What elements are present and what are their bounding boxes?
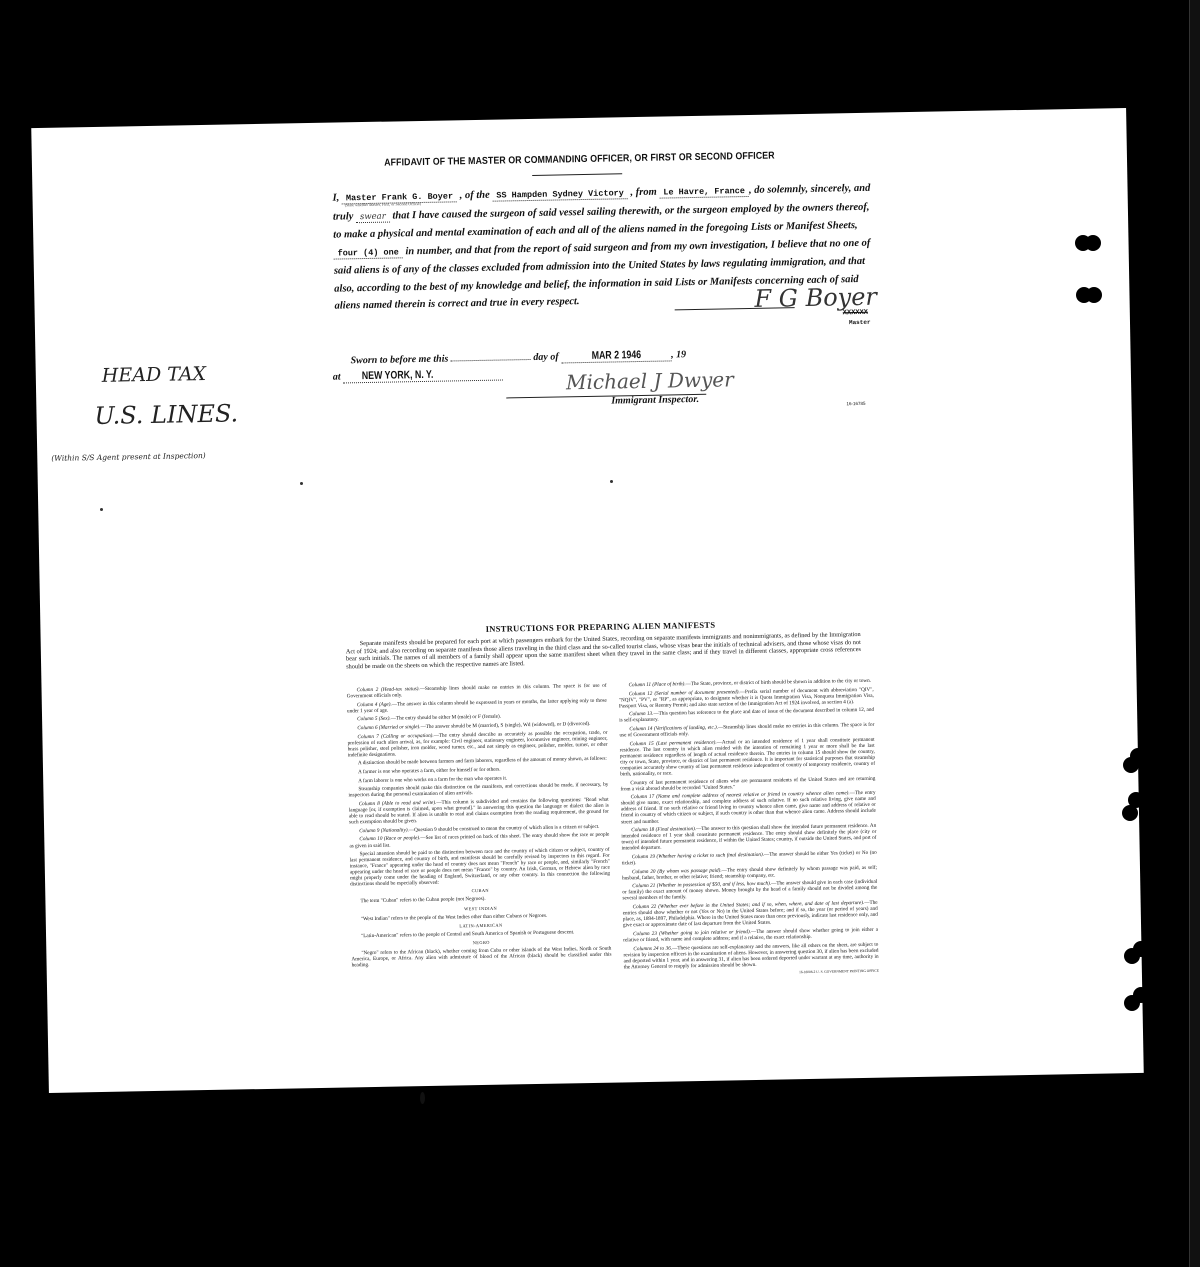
instruction-paragraph: Column 15 (Last permanent residence).—Ac… xyxy=(620,737,876,778)
instruction-paragraph: Column 17 (Name and complete address of … xyxy=(621,790,877,825)
day-blank xyxy=(451,359,531,361)
instruction-paragraph: Column 2 (Head-tax status).—Steamship li… xyxy=(347,683,607,700)
ink-blot xyxy=(420,1092,425,1104)
punch-hole xyxy=(1130,748,1146,764)
of-the-label: , of the xyxy=(460,190,490,202)
instruction-paragraph: Column 21 (Whether in possession of $50,… xyxy=(622,879,877,902)
film-edge xyxy=(1189,0,1200,1267)
inspector-signature: Michael J Dwyer xyxy=(566,367,734,394)
instruction-paragraph: Column 14 (Verifications of landing, etc… xyxy=(619,722,874,739)
instruction-paragraph: Column 7 (Calling or occupation).—The en… xyxy=(347,729,607,758)
instruction-paragraph: Column 19 (Whether having a ticket to su… xyxy=(622,850,877,867)
title-rule xyxy=(532,173,622,176)
punch-hole xyxy=(1133,941,1149,957)
instruction-paragraph: Column 8 (Able to read and write).—This … xyxy=(349,797,609,826)
note-head-tax: HEAD TAX xyxy=(102,363,207,387)
instructions-right-column: Column 11 (Place of birth).—The State, p… xyxy=(619,678,879,982)
instructions-intro: Separate manifests should be prepared fo… xyxy=(346,631,861,671)
instruction-paragraph: Column 18 (Final destination).—The answe… xyxy=(621,823,876,852)
at-label: at xyxy=(333,371,341,382)
sworn-place-line: at NEW YORK, N. Y. xyxy=(333,368,503,384)
punch-hole xyxy=(1086,287,1102,303)
sheet-count-field: four (4) one xyxy=(333,247,402,259)
do-label: , do xyxy=(749,185,765,196)
punch-hole xyxy=(1133,987,1149,1003)
printing-office-footer: 16-18008-2 U. S. GOVERNMENT PRINTING OFF… xyxy=(624,968,879,979)
sworn-date-field: MAR 2 1946 xyxy=(561,348,671,363)
oath-word-field: swear xyxy=(356,211,390,223)
date-stamp: MAR 2 1946 xyxy=(591,349,641,362)
instruction-paragraph: Column 4 (Age).—The answer in this colum… xyxy=(347,697,607,714)
sworn-line: Sworn to before me this day of MAR 2 194… xyxy=(350,348,686,367)
departure-port-field: Le Havre, France xyxy=(659,186,749,199)
sworn-place-field: NEW YORK, N. Y. xyxy=(343,368,503,384)
instruction-paragraph: Columns 24 to 36.—These questions are se… xyxy=(623,941,878,970)
form-number: 16-16785 xyxy=(846,401,865,406)
speck xyxy=(610,480,613,483)
year-prefix: , 19 xyxy=(671,349,686,360)
instruction-paragraph: Column 22 (Whether ever before in the Un… xyxy=(623,900,878,929)
instruction-paragraph: Special attention should be paid to the … xyxy=(350,847,611,888)
instruction-paragraph: Steamship companies should make this dis… xyxy=(348,782,608,799)
vessel-name-field: SS Hampden Sydney Victory xyxy=(492,188,628,201)
instruction-paragraph: Column 23 (Whether going to join relativ… xyxy=(623,927,878,944)
from-label: , from xyxy=(630,187,656,198)
speck xyxy=(300,482,303,485)
manifest-page: AFFIDAVIT OF THE MASTER OR COMMANDING OF… xyxy=(31,108,1143,1093)
sworn-label: Sworn to before me this xyxy=(350,354,448,367)
punch-hole xyxy=(1128,792,1144,808)
note-agent-present: (Within S/S Agent present at Inspection) xyxy=(51,451,206,463)
definition-text: "Negro" refers to the African (black), w… xyxy=(351,945,611,968)
note-us-lines: U.S. LINES. xyxy=(94,399,238,430)
affidavit-title: AFFIDAVIT OF THE MASTER OR COMMANDING OF… xyxy=(98,145,1062,174)
day-of-label: day of xyxy=(533,351,558,362)
affidavit-text-1: that I have caused the surgeon of said v… xyxy=(333,201,869,240)
instruction-paragraph: Column 13.—This question has reference t… xyxy=(619,707,874,724)
instruction-paragraph: Column 12 (Serial number of document pre… xyxy=(619,686,874,709)
place-stamp: NEW YORK, N. Y. xyxy=(362,369,434,382)
inspector-title: Immigrant Inspector. xyxy=(611,394,699,407)
struck-title: XXXXXX xyxy=(843,309,868,317)
punch-hole xyxy=(1085,235,1101,251)
speck xyxy=(100,508,103,511)
master-title: Master xyxy=(849,319,871,326)
instructions-left-column: Column 2 (Head-tax status).—Steamship li… xyxy=(347,683,612,971)
pronoun: I, xyxy=(332,192,339,203)
